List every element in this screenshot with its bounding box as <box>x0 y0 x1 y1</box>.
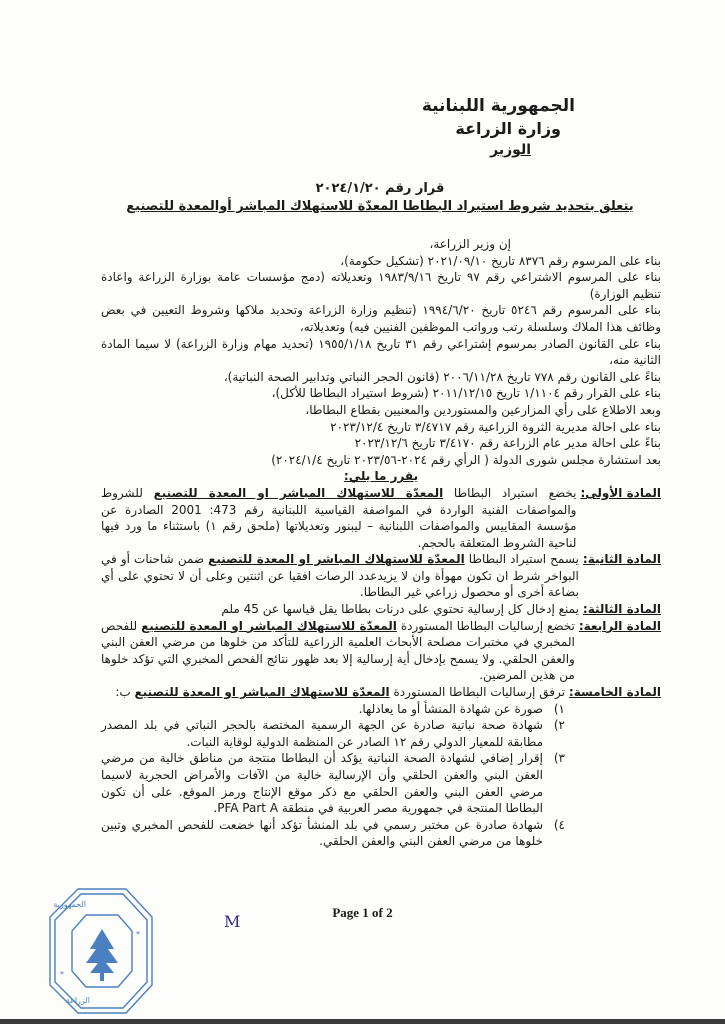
svg-text:*: * <box>136 930 140 939</box>
article-text: ترفق إرساليات البطاطا المستوردة المعدّة … <box>101 684 565 701</box>
republic-title: الجمهورية اللبنانية <box>375 94 575 118</box>
preamble-line: بناء على المرسوم رقم ٥٢٤٦ تاريخ ١٩٩٤/٦/٢… <box>101 302 661 335</box>
article-5: المادة الخامسة: ترفق إرساليات البطاطا ال… <box>101 684 661 701</box>
item-number: ٣) <box>543 750 565 816</box>
item-text: إقرار إضافي لشهادة الصحة النباتية يؤكد أ… <box>101 750 543 816</box>
article-emphasis: المعدّة للاستهلاك المباشر او المعدة للتص… <box>135 685 390 699</box>
preamble-line: إن وزير الزراعة، <box>101 236 661 253</box>
preamble-line: بناء على احالة مديرية الثروة الزراعية رق… <box>101 419 661 436</box>
article-4: المادة الرابعة: تخضع إرساليات البطاطا ال… <box>101 618 661 684</box>
article-label: المادة الخامسة: <box>569 684 661 701</box>
document-page: الجمهورية اللبنانية وزارة الزراعة الوزير… <box>0 0 725 1024</box>
decision-subject: يتعلق بتحديد شروط استيراد البطاطا المعدّ… <box>100 198 660 216</box>
preamble-line: بناء على القانون الصادر بمرسوم إشتراعي ر… <box>101 336 661 369</box>
article-label: المادة الثالثة: <box>583 601 661 618</box>
article-text: يخضع استيراد البطاطا المعدّة للاستهلاك ا… <box>101 485 576 551</box>
article-2: المادة الثانية: يسمح استيراد البطاطا الم… <box>101 551 661 601</box>
decision-body: إن وزير الزراعة، بناء على المرسوم رقم ٨٣… <box>101 236 661 850</box>
article-text-pre: يخضع استيراد البطاطا <box>443 486 576 500</box>
article-text-pre: يسمح استيراد البطاطا <box>465 552 579 566</box>
item-text: صورة عن شهادة المنشأ أو ما يعادلها. <box>101 701 543 718</box>
preamble-line: بناء على المرسوم الاشتراعي رقم ٩٧ تاريخ … <box>101 269 661 302</box>
list-item: ١) صورة عن شهادة المنشأ أو ما يعادلها. <box>101 701 565 718</box>
article-text-pre: تخضع إرساليات البطاطا المستوردة <box>397 619 575 633</box>
letterhead: الجمهورية اللبنانية وزارة الزراعة الوزير <box>375 94 575 160</box>
list-item: ٤) شهادة صادرة عن مختبر رسمي في بلد المن… <box>101 817 565 850</box>
item-number: ١) <box>543 701 565 718</box>
minister-title: الوزير <box>375 140 531 160</box>
article-text-pre: يمنع إدخال كل إرسالية تحتوي على درنات بط… <box>221 602 579 616</box>
preamble-line: بناء على المرسوم رقم ٨٣٧٦ تاريخ ٢٠٢١/٠٩/… <box>101 253 661 270</box>
item-text: شهادة صحة نباتية صادرة عن الجهة الرسمية … <box>101 717 543 750</box>
item-number: ٤) <box>543 817 565 850</box>
preamble-line: بناءً على القانون رقم ٧٧٨ تاريخ ٢٠٠٦/١١/… <box>101 369 661 386</box>
article-text-pre: ترفق إرساليات البطاطا المستوردة <box>390 685 565 699</box>
preamble-line: بناء على القرار رقم ١/١١٠٤ تاريخ ٢٠١١/١٢… <box>101 385 661 402</box>
ministry-stamp-icon: * * الجمهورية الزراعة <box>46 885 156 1017</box>
article-text: تخضع إرساليات البطاطا المستوردة المعدّة … <box>101 618 575 684</box>
svg-text:الجمهورية: الجمهورية <box>53 900 86 909</box>
preamble-line: وبعد الاطلاع على رأي المزارعين والمستورد… <box>101 402 661 419</box>
list-item: ٣) إقرار إضافي لشهادة الصحة النباتية يؤك… <box>101 750 565 816</box>
article-label: المادة الثانية: <box>583 551 661 601</box>
svg-text:الزراعة: الزراعة <box>66 996 90 1005</box>
article-text: يسمح استيراد البطاطا المعدّة للاستهلاك ا… <box>101 551 579 601</box>
article-label: المادة الرابعة: <box>579 618 661 684</box>
list-item: ٢) شهادة صحة نباتية صادرة عن الجهة الرسم… <box>101 717 565 750</box>
article-text: يمنع إدخال كل إرسالية تحتوي على درنات بط… <box>101 601 579 618</box>
ministry-title: وزارة الزراعة <box>375 118 561 140</box>
article-5-list: ١) صورة عن شهادة المنشأ أو ما يعادلها. ٢… <box>101 701 565 850</box>
article-1: المادة الأولى: يخضع استيراد البطاطا المع… <box>101 485 661 551</box>
decision-heading: قرار رقم ٢٠٢٤/١/٢٠ يتعلق بتحديد شروط است… <box>100 180 660 216</box>
preamble-line: بعد استشارة مجلس شورى الدولة ( الرأي رقم… <box>101 452 661 469</box>
hereby-decides: يقرر ما يلي: <box>101 468 661 485</box>
preamble: إن وزير الزراعة، بناء على المرسوم رقم ٨٣… <box>101 236 661 468</box>
article-emphasis: المعدّة للاستهلاك المباشر او المعدة للتص… <box>154 486 444 500</box>
article-emphasis: المعدّة للاستهلاك المباشر او المعدة للتص… <box>141 619 397 633</box>
scan-edge-divider <box>0 1019 725 1024</box>
decision-number: قرار رقم ٢٠٢٤/١/٢٠ <box>100 180 660 198</box>
article-emphasis: المعدّة للاستهلاك المباشر او المعدة للتص… <box>208 552 465 566</box>
preamble-line: بناءً على احالة مدير عام الزراعة رقم ٣/٤… <box>101 435 661 452</box>
article-3: المادة الثالثة: يمنع إدخال كل إرسالية تح… <box>101 601 661 618</box>
signature-mark: M <box>224 912 240 931</box>
article-label: المادة الأولى: <box>580 485 661 551</box>
item-number: ٢) <box>543 717 565 750</box>
svg-text:*: * <box>60 970 64 979</box>
item-text: شهادة صادرة عن مختبر رسمي في بلد المنشأ … <box>101 817 543 850</box>
article-text-post: ب: <box>115 685 134 699</box>
